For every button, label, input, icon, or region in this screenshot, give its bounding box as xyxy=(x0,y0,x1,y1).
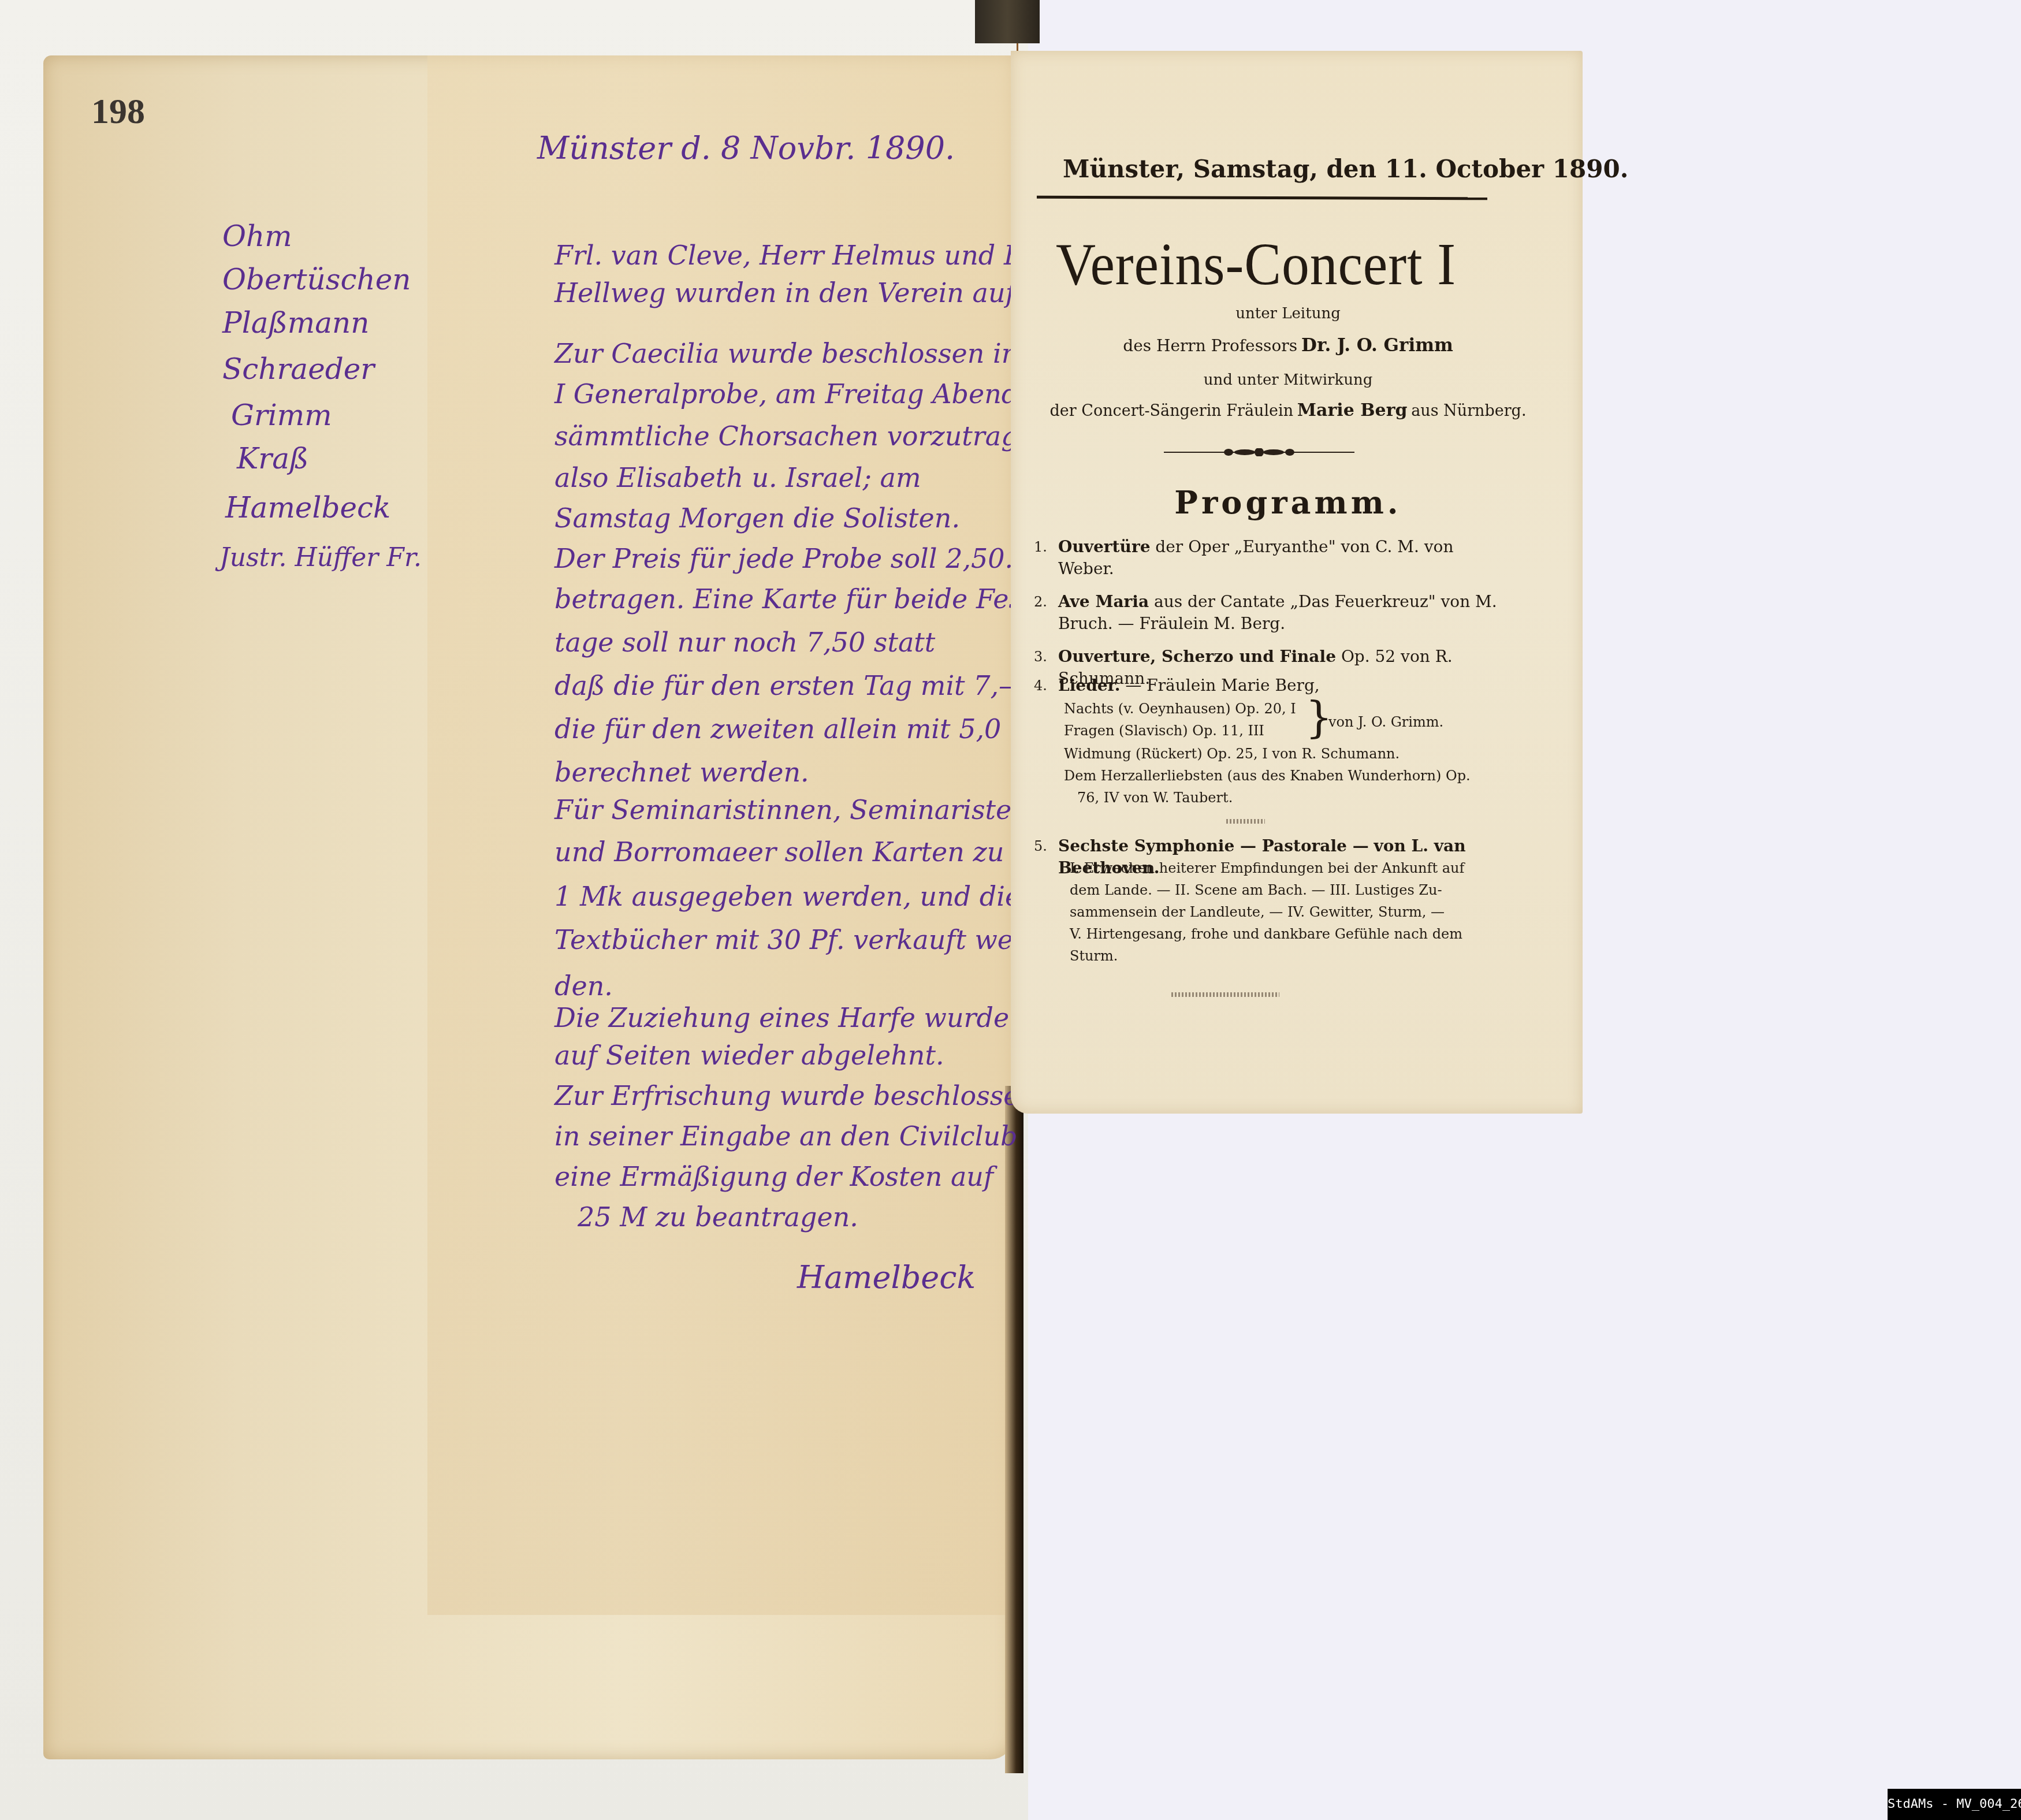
item-title: Sechste Symphonie — Pastorale — xyxy=(1058,836,1369,855)
item-title: Lieder. xyxy=(1058,676,1120,695)
minutes-line: tage soll nur noch 7,50 statt xyxy=(554,627,935,658)
song-line: Fragen (Slavisch) Op. 11, III xyxy=(1064,721,1264,740)
minutes-line: berechnet werden. xyxy=(554,757,809,788)
under-direction: unter Leitung xyxy=(1040,305,1536,322)
movement-line: dem Lande. — II. Scene am Bach. — III. L… xyxy=(1070,880,1442,900)
attendee-name: Kraß xyxy=(237,442,308,475)
program-item: 1. Ouvertüre der Oper „Euryanthe" von C.… xyxy=(1034,536,1513,580)
movement-line: sammensein der Landleute, — IV. Gewitter… xyxy=(1070,902,1445,922)
item-title: Ave Maria xyxy=(1058,592,1149,611)
item-title: Ouvertüre xyxy=(1058,537,1150,556)
program-item: 4. Lieder. — Fräulein Marie Berg, xyxy=(1034,675,1513,697)
soloist-name: Marie Berg xyxy=(1297,400,1408,420)
attendee-name: Schraeder xyxy=(222,352,374,386)
item-title: Ouverture, Scherzo und Finale xyxy=(1058,647,1336,666)
song-line: Nachts (v. Oeynhausen) Op. 20, I xyxy=(1064,699,1296,719)
item-text: — Fräulein Marie Berg, xyxy=(1125,676,1319,695)
minutes-line: Frl. van Cleve, Herr Helmus und Frl. xyxy=(554,240,1052,271)
attendee-name: Ohm xyxy=(222,219,292,253)
song-line: Widmung (Rückert) Op. 25, I von R. Schum… xyxy=(1064,744,1400,764)
song-composer: von J. O. Grimm. xyxy=(1328,712,1443,732)
conductor-name: Dr. J. O. Grimm xyxy=(1301,335,1453,356)
minutes-line: Die Zuziehung eines Harfe wurde xyxy=(554,1002,1009,1033)
minutes-line: Der Preis für jede Probe soll 2,50. xyxy=(554,543,1013,574)
item-number: 3. xyxy=(1034,646,1047,668)
conductor-prefix: des Herrn Professors xyxy=(1123,336,1297,355)
minutes-line: 1 Mk ausgegeben werden, und die xyxy=(554,881,1021,912)
minutes-line: den. xyxy=(554,970,613,1002)
attendee-name: Grimm xyxy=(231,399,332,432)
movement-line: Sturm. xyxy=(1070,946,1118,966)
concert-title: Vereins-Concert I xyxy=(1056,230,1456,299)
program-heading: Programm. xyxy=(1028,484,1548,521)
item-number: 1. xyxy=(1034,536,1047,558)
minutes-line: und Borromaeer sollen Karten zu xyxy=(554,836,1004,868)
program-item: 2. Ave Maria aus der Cantate „Das Feuerk… xyxy=(1034,591,1513,635)
archive-label: StdAMs - MV_004_261 xyxy=(1888,1789,2021,1820)
minutes-line: daß die für den ersten Tag mit 7,— xyxy=(554,670,1025,701)
minutes-line: Zur Caecilia wurde beschlossen in der xyxy=(554,338,1073,369)
soloist-line: der Concert-Sängerin Fräulein Marie Berg… xyxy=(1028,400,1548,420)
minutes-line: Hellweg wurden in den Verein aufgen. xyxy=(554,277,1074,308)
page-number: 198 xyxy=(91,91,145,132)
song-line: Dem Herzallerliebsten (aus des Knaben Wu… xyxy=(1064,766,1471,786)
item-number: 5. xyxy=(1034,835,1047,857)
minutes-date: Münster d. 8 Novbr. 1890. xyxy=(537,130,955,166)
minutes-line: 25 M zu beantragen. xyxy=(578,1201,858,1233)
minutes-line: auf Seiten wieder abgelehnt. xyxy=(554,1040,944,1071)
book-spine xyxy=(975,0,1040,43)
minutes-line: eine Ermäßigung der Kosten auf xyxy=(554,1161,993,1192)
conductor-line: des Herrn Professors Dr. J. O. Grimm xyxy=(1040,335,1536,356)
ornament-divider xyxy=(1164,448,1354,456)
minutes-line: in seiner Eingabe an den Civilclub xyxy=(554,1121,1018,1152)
minutes-line: sämmtliche Chorsachen vorzutragen, xyxy=(554,420,1059,452)
signature: Hamelbeck xyxy=(797,1259,976,1296)
wave-divider xyxy=(1170,992,1279,997)
item-number: 2. xyxy=(1034,591,1047,613)
movement-line: I. Erwachen heiterer Empfindungen bei de… xyxy=(1070,858,1464,878)
movement-line: V. Hirtengesang, frohe und dankbare Gefü… xyxy=(1070,924,1462,944)
attendee-name: Justr. Hüffer Fr. xyxy=(219,543,422,572)
wave-divider xyxy=(1224,819,1265,824)
minutes-line: Samstag Morgen die Solisten. xyxy=(554,503,960,534)
item-number: 4. xyxy=(1034,675,1047,697)
attendee-name: Plaßmann xyxy=(222,306,369,340)
minutes-line: Zur Erfrischung wurde beschlossen xyxy=(554,1080,1036,1111)
program-date: Münster, Samstag, den 11. October 1890. xyxy=(1063,155,1628,183)
minutes-line: betragen. Eine Karte für beide Fest- xyxy=(554,583,1042,615)
soloist-suffix: aus Nürnberg. xyxy=(1411,402,1526,420)
attendee-name: Obertüschen xyxy=(222,263,411,296)
song-line: 76, IV von W. Taubert. xyxy=(1077,788,1233,807)
gutter-shadow xyxy=(1005,1086,1023,1773)
minutes-line: die für den zweiten allein mit 5,0 xyxy=(554,713,1001,745)
cooperation-line: und unter Mitwirkung xyxy=(1040,371,1536,389)
minutes-line: Für Seminaristinnen, Seminaristen xyxy=(554,794,1029,825)
minutes-line: also Elisabeth u. Israel; am xyxy=(554,462,921,493)
minutes-line: I Generalprobe, am Freitag Abend xyxy=(554,378,1018,410)
minutes-line: Textbücher mit 30 Pf. verkauft wer- xyxy=(554,924,1035,955)
soloist-prefix: der Concert-Sängerin Fräulein xyxy=(1050,402,1294,420)
attendee-name: Hamelbeck xyxy=(225,491,390,524)
